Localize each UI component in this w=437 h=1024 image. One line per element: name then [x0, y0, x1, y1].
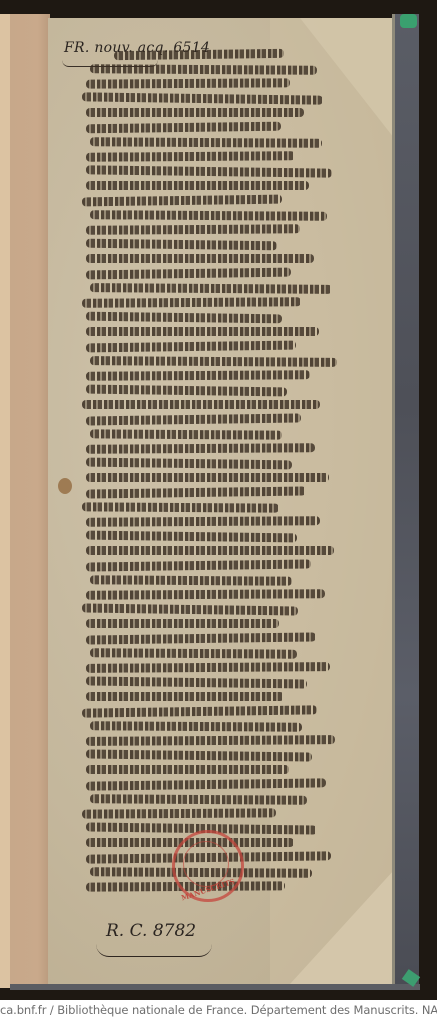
- binding-board-bottom: [10, 984, 420, 990]
- handwritten-line: [86, 327, 319, 336]
- handwritten-line: [90, 429, 282, 439]
- call-number-brace: [96, 944, 212, 957]
- handwritten-line: [82, 297, 301, 308]
- handwritten-line: [82, 809, 276, 819]
- handwritten-line: [90, 137, 322, 148]
- handwritten-line: [86, 151, 295, 161]
- corner-repair-top: [300, 18, 394, 138]
- corner-tab-top: [400, 14, 417, 28]
- handwritten-line: [86, 78, 290, 88]
- call-number-annotation: R. C. 8782: [106, 921, 196, 941]
- attribution-footer: ca.bnf.fr / Bibliothèque nationale de Fr…: [0, 1003, 437, 1017]
- corner-repair-bottom: [290, 870, 394, 984]
- handwritten-line: [90, 794, 307, 805]
- handwritten-line: [90, 64, 317, 75]
- handwritten-line: [86, 108, 304, 117]
- handwritten-line: [86, 181, 309, 190]
- library-stamp: MANUSCRITS: [172, 830, 244, 902]
- handwritten-line: [86, 473, 329, 482]
- handwritten-line: [86, 254, 314, 263]
- handwritten-line: [86, 546, 334, 555]
- handwritten-line: [82, 400, 320, 409]
- handwritten-line: [90, 648, 297, 658]
- handwritten-line: [90, 575, 292, 585]
- manuscript-scan: FR. nouv. acq. 6514 MANUSCRITS R. C. 878…: [0, 0, 437, 1000]
- handwritten-line: [86, 619, 279, 628]
- handwritten-line: [86, 516, 320, 527]
- handwritten-line: [90, 283, 332, 294]
- handwritten-line: [90, 356, 337, 367]
- spine-edge: [0, 14, 10, 988]
- handwritten-line: [86, 443, 315, 454]
- handwritten-line: [82, 502, 279, 512]
- handwritten-line: [90, 210, 327, 221]
- flyleaf: [10, 14, 50, 988]
- handwritten-line: [86, 370, 310, 381]
- ink-stain: [58, 478, 72, 494]
- handwritten-line: [86, 224, 300, 234]
- handwritten-line: [86, 589, 325, 600]
- handwritten-line: [86, 765, 289, 774]
- binding-board: [395, 14, 419, 988]
- handwritten-line: [86, 692, 284, 701]
- scan-background-top: [0, 0, 437, 14]
- handwritten-line: [90, 721, 302, 731]
